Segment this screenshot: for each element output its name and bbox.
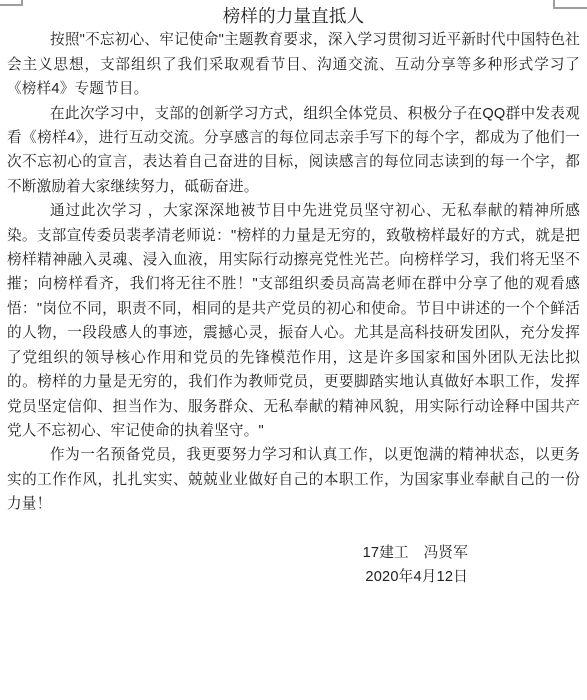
body-paragraph-2: 在此次学习中，支部的创新学习方式，组织全体党员、积极分子在QQ群中发表观看《榜样… bbox=[7, 102, 580, 200]
document-page: 榜样的力量直抵人 按照"不忘初心、牢记使命"主题教育要求，深入学习贯彻习近平新时… bbox=[0, 0, 587, 700]
blank-line bbox=[7, 517, 580, 541]
date-line: 2020年4月12日 bbox=[7, 565, 580, 589]
body-paragraph-4: 作为一名预备党员，我更要努力学习和认真工作，以更饱满的精神状态，以更务实的工作作… bbox=[7, 443, 580, 516]
body-paragraph-1: 按照"不忘初心、牢记使命"主题教育要求，深入学习贯彻习近平新时代中国特色社会主义… bbox=[7, 28, 580, 101]
document-title: 榜样的力量直抵人 bbox=[7, 4, 580, 28]
body-paragraph-3: 通过此次学习 ，大家深深地被节目中先进党员坚守初心、无私奉献的精神所感染。支部宣… bbox=[7, 199, 580, 443]
signature-line: 17建工 冯贤军 bbox=[7, 541, 580, 565]
document-body: 榜样的力量直抵人 按照"不忘初心、牢记使命"主题教育要求，深入学习贯彻习近平新时… bbox=[7, 4, 580, 590]
